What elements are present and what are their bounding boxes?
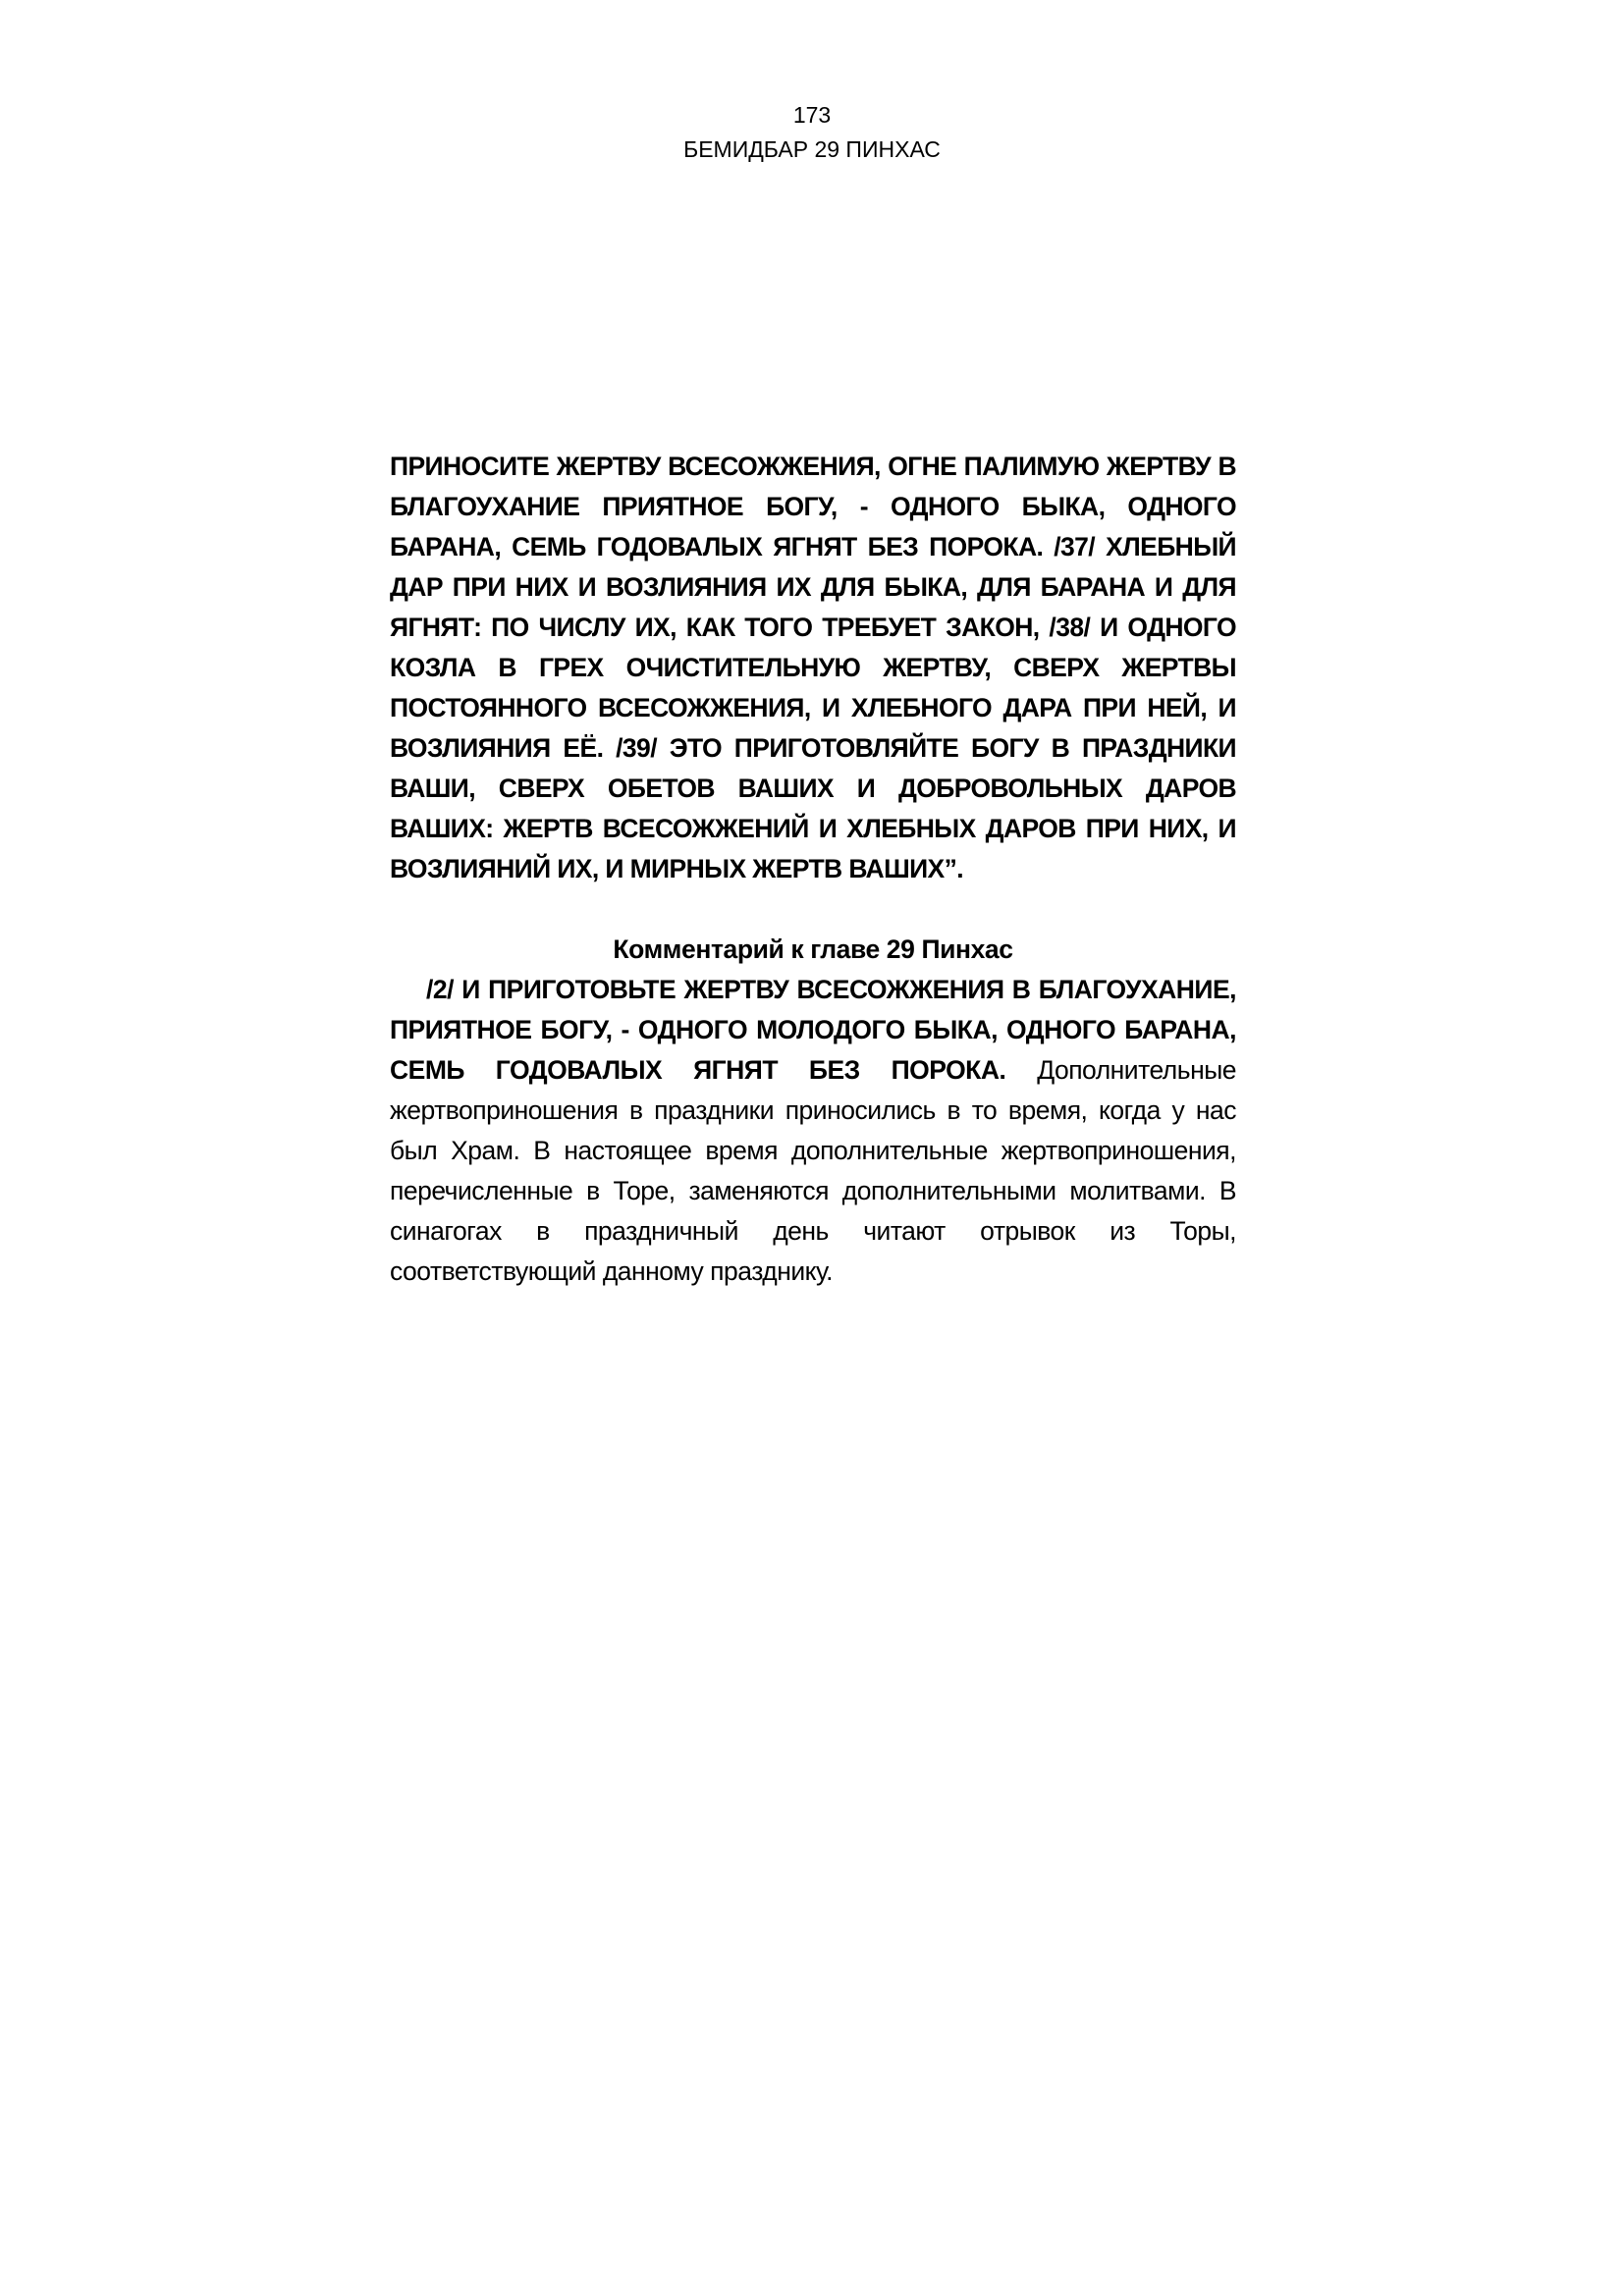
page-number: 173 [0,98,1624,133]
commentary-paragraph: /2/ И ПРИГОТОВЬТЕ ЖЕРТВУ ВСЕСОЖЖЕНИЯ В Б… [390,970,1236,1292]
page-header: 173 БЕМИДБАР 29 ПИНХАС [0,98,1624,167]
page-body: ПРИНОСИТЕ ЖЕРТВУ ВСЕСОЖЖЕНИЯ, ОГНЕ ПАЛИМ… [390,447,1236,1292]
running-title: БЕМИДБАР 29 ПИНХАС [0,133,1624,167]
commentary-heading: Комментарий к главе 29 Пинхас [390,930,1236,970]
scripture-text: ПРИНОСИТЕ ЖЕРТВУ ВСЕСОЖЖЕНИЯ, ОГНЕ ПАЛИМ… [390,447,1236,889]
commentary-explanation: Дополнительные жертвоприношения в праздн… [390,1055,1236,1286]
